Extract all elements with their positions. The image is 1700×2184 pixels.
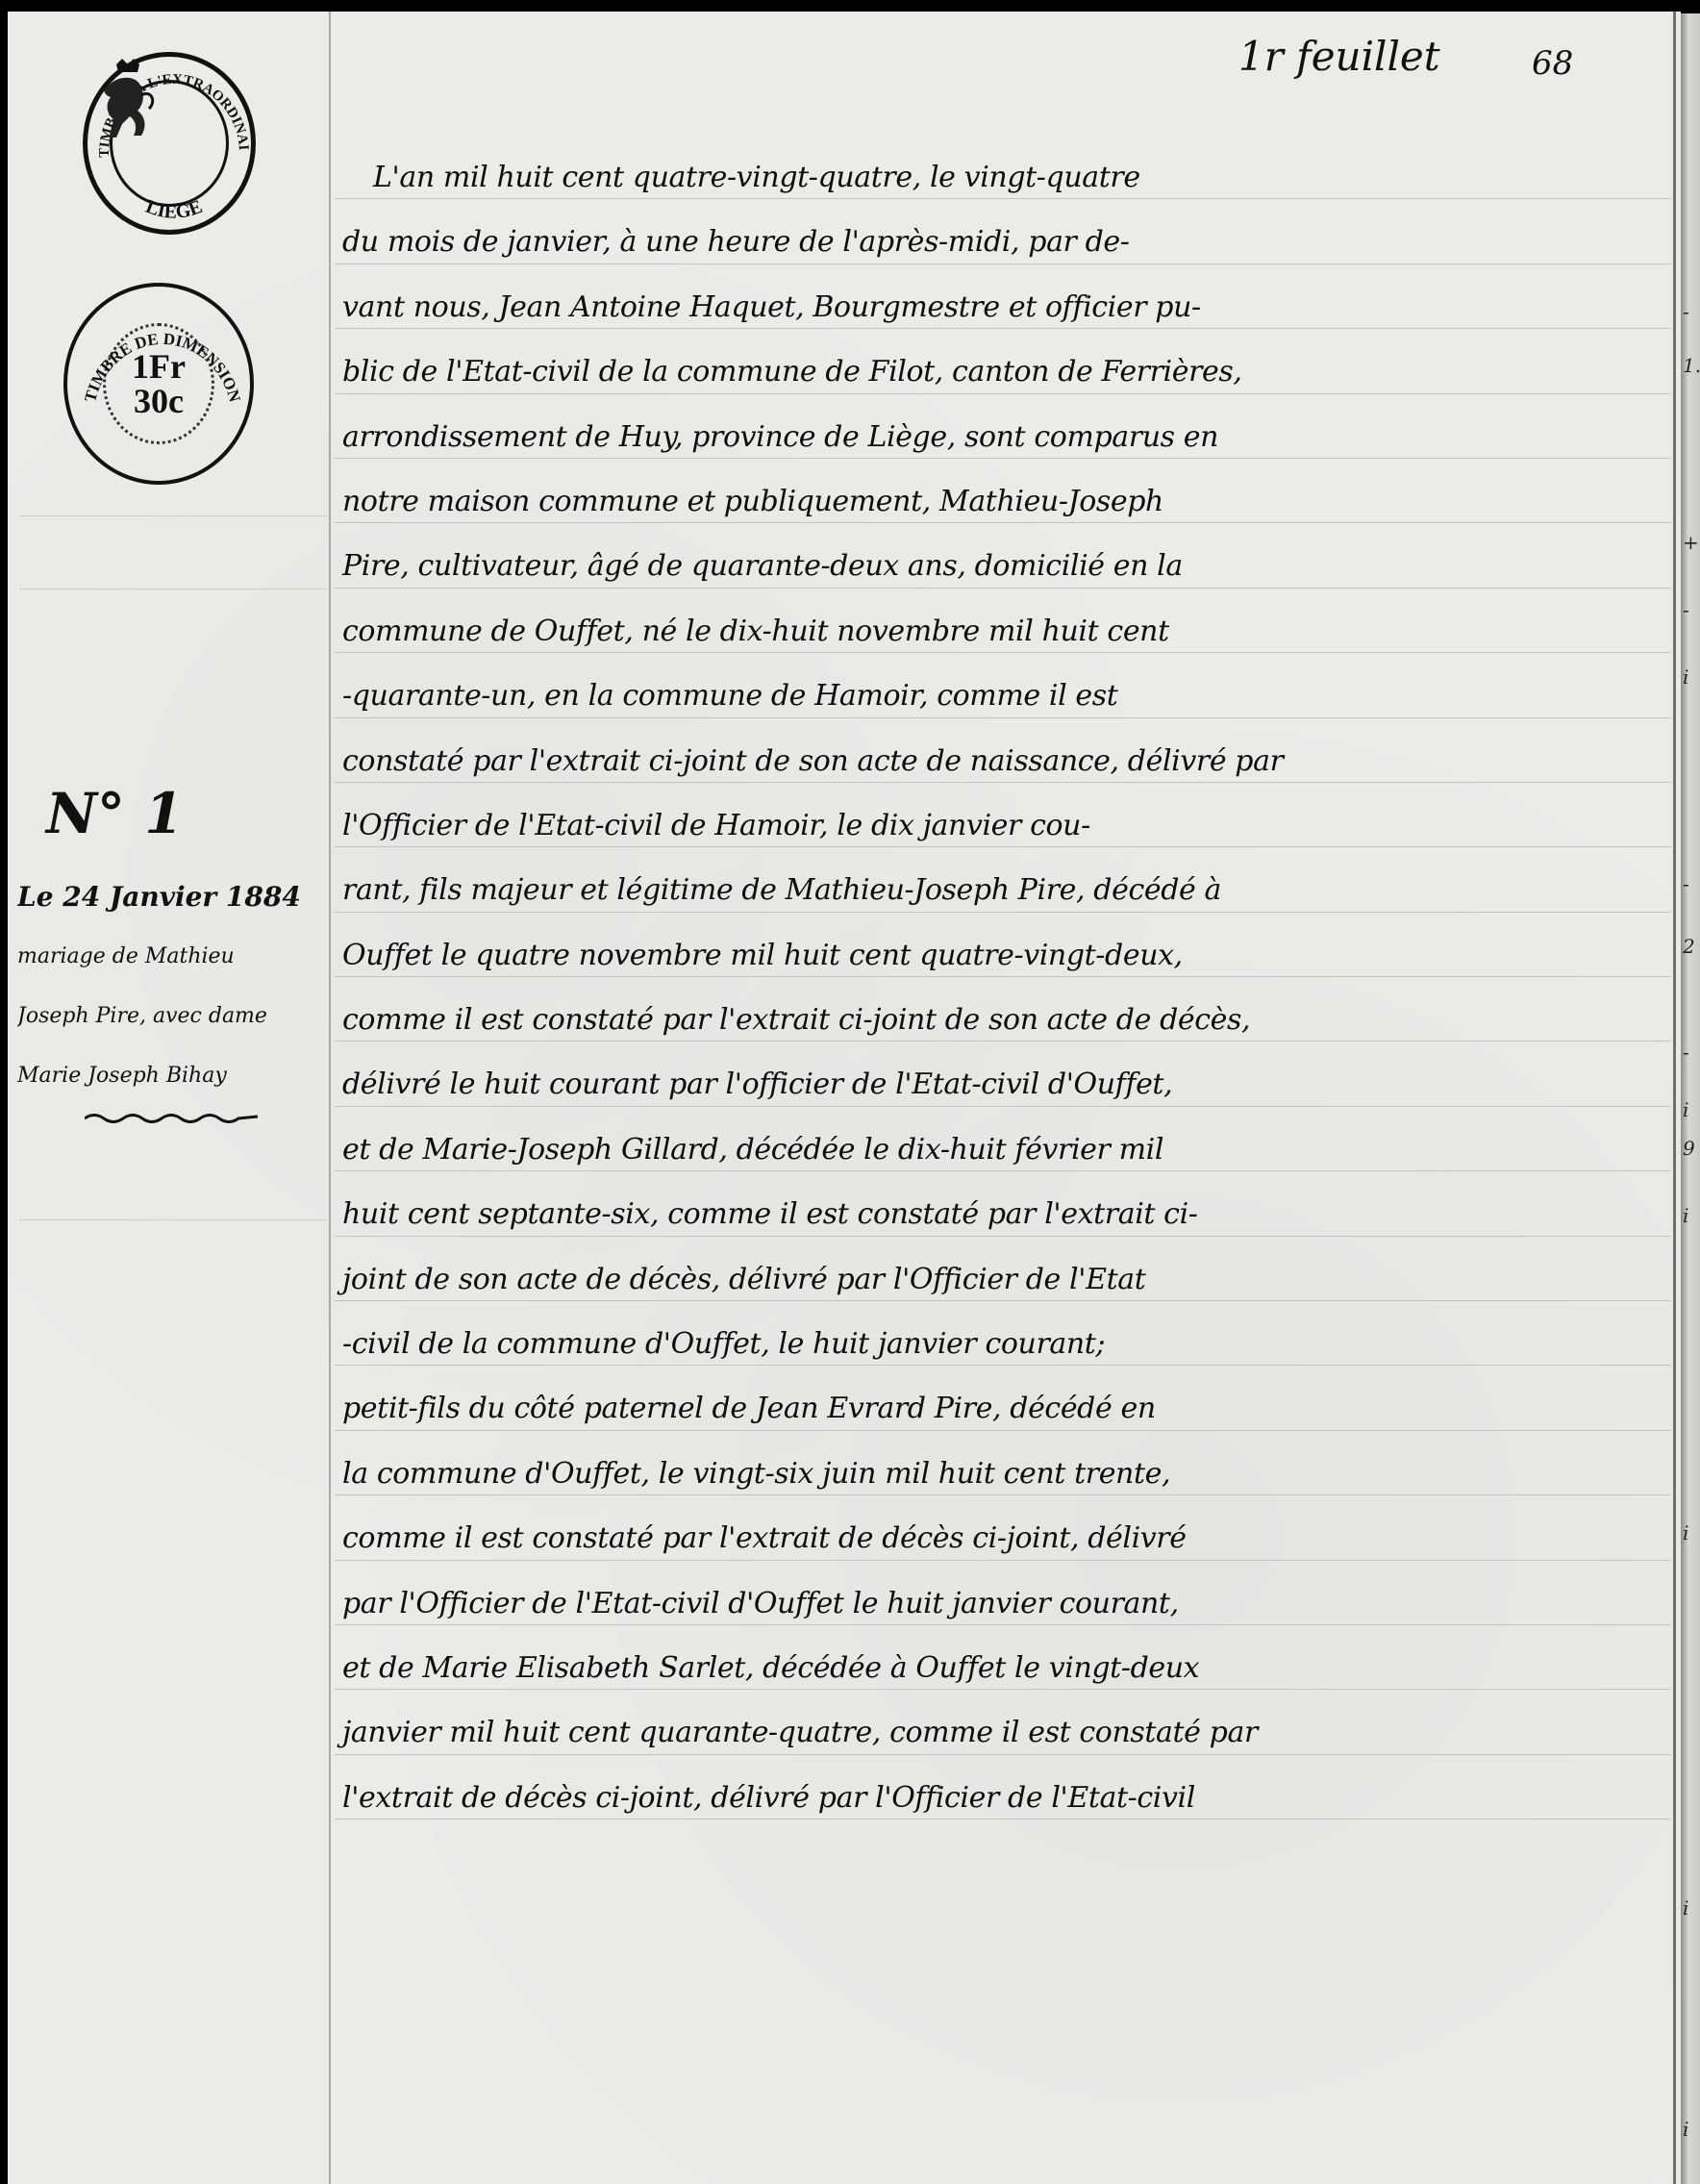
text-line: et de Marie-Joseph Gillard, décédée le d…	[335, 1107, 1671, 1171]
edge-mark: i	[1683, 1896, 1688, 1920]
margin-rule	[19, 1219, 327, 1220]
text-line: L'an mil huit cent quatre-vingt-quatre, …	[335, 135, 1671, 199]
edge-mark: i	[1683, 665, 1688, 689]
text-line: Pire, cultivateur, âgé de quarante-deux …	[335, 523, 1671, 588]
edge-mark: -	[1683, 1041, 1689, 1064]
text-line: huit cent septante-six, comme il est con…	[335, 1171, 1671, 1236]
margin-divider	[329, 12, 331, 2184]
text-line: l'extrait de décès ci-joint, délivré par…	[335, 1755, 1671, 1820]
edge-mark: i	[1683, 1098, 1688, 1121]
register-page: A TIMBRER A L'EXTRAORDINAIRE LIEGE	[8, 12, 1681, 2184]
text-line: blic de l'Etat-civil de la commune de Fi…	[335, 329, 1671, 393]
edge-mark: i	[1683, 2118, 1688, 2141]
edge-mark: i	[1683, 1204, 1688, 1227]
record-number: N° 1	[46, 781, 325, 867]
right-page-rule	[1673, 12, 1676, 2184]
text-line: arrondissement de Huy, province de Liège…	[335, 394, 1671, 459]
margin-line: mariage de Mathieu	[17, 927, 325, 987]
text-line: par l'Officier de l'Etat-civil d'Ouffet …	[335, 1561, 1671, 1625]
text-line: du mois de janvier, à une heure de l'apr…	[335, 199, 1671, 264]
folio-label: 1r feuillet	[1238, 33, 1440, 80]
folio-number: 68	[1532, 44, 1573, 83]
record-body: L'an mil huit cent quatre-vingt-quatre, …	[335, 135, 1671, 1820]
svg-text:TIMBRE DE DIMENSION: TIMBRE DE DIMENSION	[81, 330, 244, 405]
text-line: notre maison commune et publiquement, Ma…	[335, 459, 1671, 523]
text-line: rant, fils majeur et légitime de Mathieu…	[335, 847, 1671, 912]
margin-rule	[19, 589, 327, 590]
liege-extraordinary-stamp: A TIMBRER A L'EXTRAORDINAIRE LIEGE	[83, 52, 256, 235]
text-line: -civil de la commune d'Ouffet, le huit j…	[335, 1301, 1671, 1366]
text-line: et de Marie Elisabeth Sarlet, décédée à …	[335, 1625, 1671, 1690]
edge-mark: i	[1683, 1521, 1688, 1544]
edge-mark: +	[1683, 531, 1699, 554]
text-line: constaté par l'extrait ci-joint de son a…	[335, 718, 1671, 783]
text-line: commune de Ouffet, né le dix-huit novemb…	[335, 589, 1671, 653]
text-line: joint de son acte de décès, délivré par …	[335, 1237, 1671, 1301]
text-line: vant nous, Jean Antoine Haquet, Bourgmes…	[335, 264, 1671, 329]
record-date: Le 24 Janvier 1884	[17, 867, 325, 927]
edge-mark: 2	[1683, 935, 1695, 958]
flourish-icon	[85, 1110, 258, 1123]
margin-line: Joseph Pire, avec dame	[17, 987, 325, 1046]
edge-mark: -	[1683, 300, 1689, 323]
edge-mark: -	[1683, 598, 1689, 621]
edge-mark: 1.	[1683, 354, 1700, 377]
text-line: l'Officier de l'Etat-civil de Hamoir, le…	[335, 783, 1671, 847]
margin-line: Marie Joseph Bihay	[17, 1046, 325, 1106]
text-line: -quarante-un, en la commune de Hamoir, c…	[335, 653, 1671, 717]
text-line: comme il est constaté par l'extrait ci-j…	[335, 977, 1671, 1042]
edge-mark: -	[1683, 872, 1689, 895]
edge-mark: 9	[1683, 1137, 1695, 1160]
left-margin-column: A TIMBRER A L'EXTRAORDINAIRE LIEGE	[8, 12, 327, 2184]
margin-rule	[19, 515, 327, 516]
text-line: janvier mil huit cent quarante-quatre, c…	[335, 1690, 1671, 1754]
svg-text:LIEGE: LIEGE	[142, 196, 205, 223]
stamp-ring-text-icon: TIMBRE DE DIMENSION	[67, 287, 258, 489]
text-line: la commune d'Ouffet, le vingt-six juin m…	[335, 1431, 1671, 1495]
text-line: Ouffet le quatre novembre mil huit cent …	[335, 913, 1671, 977]
text-line: comme il est constaté par l'extrait de d…	[335, 1495, 1671, 1560]
text-line: délivré le huit courant par l'officier d…	[335, 1042, 1671, 1106]
dimension-stamp: TIMBRE DE DIMENSION 1Fr 30c	[63, 283, 254, 485]
margin-annotation: N° 1 Le 24 Janvier 1884 mariage de Mathi…	[17, 781, 325, 1127]
crowned-lion-icon	[87, 57, 164, 143]
text-line: petit-fils du côté paternel de Jean Evra…	[335, 1366, 1671, 1430]
